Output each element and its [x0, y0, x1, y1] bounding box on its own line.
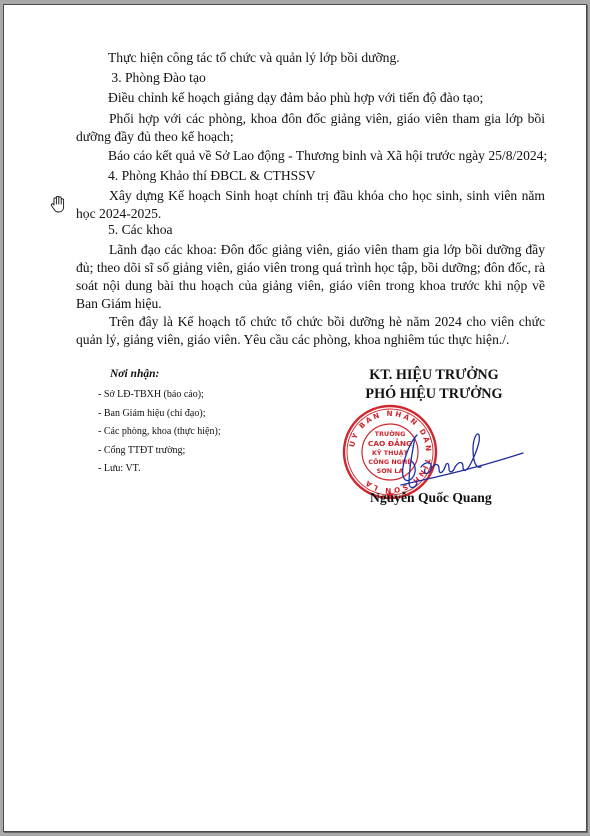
- recipients-block: Nơi nhận: - Sở LĐ-TBXH (báo cáo); - Ban …: [98, 368, 221, 479]
- recipient-item: - Sở LĐ-TBXH (báo cáo);: [98, 386, 221, 405]
- recipient-item: - Lưu: VT.: [98, 460, 221, 479]
- text-line-report: Báo cáo kết quả về Sở Lao động - Thương …: [108, 146, 547, 166]
- paragraph-coordinate: Phối hợp với các phòng, khoa đôn đốc giả…: [76, 110, 545, 146]
- signer-name: Nguyễn Quốc Quang: [370, 490, 492, 506]
- text-line: Thực hiện công tác tổ chức và quản lý lớ…: [108, 48, 400, 68]
- paragraph-closing: Trên đây là Kế hoạch tổ chức tổ chức bồi…: [76, 313, 545, 349]
- recipient-item: - Các phòng, khoa (thực hiện);: [98, 423, 221, 442]
- section-heading-4: 4. Phòng Khảo thí ĐBCL & CTHSSV: [108, 166, 316, 186]
- text-line: Điều chỉnh kế hoạch giảng dạy đảm bảo ph…: [108, 88, 483, 108]
- recipient-item: - Cổng TTĐT trường;: [98, 442, 221, 461]
- section-heading-3: 3. Phòng Đào tạo: [108, 68, 206, 88]
- recipient-item: - Ban Giám hiệu (chỉ đạo);: [98, 405, 221, 424]
- paragraph-faculties: Lãnh đạo các khoa: Đôn đốc giảng viên, g…: [76, 241, 545, 313]
- paragraph-build-plan: Xây dựng Kế hoạch Sinh hoạt chính trị đầ…: [76, 187, 545, 223]
- signature-title-line1: KT. HIỆU TRƯỞNG: [334, 366, 534, 384]
- section-heading-5: 5. Các khoa: [108, 220, 173, 240]
- handwritten-signature-icon: [387, 427, 527, 497]
- document-page: Thực hiện công tác tổ chức và quản lý lớ…: [3, 4, 587, 832]
- hand-pointer-icon: [48, 193, 70, 215]
- signature-title-line2: PHÓ HIỆU TRƯỞNG: [334, 385, 534, 403]
- recipients-title: Nơi nhận:: [110, 368, 221, 380]
